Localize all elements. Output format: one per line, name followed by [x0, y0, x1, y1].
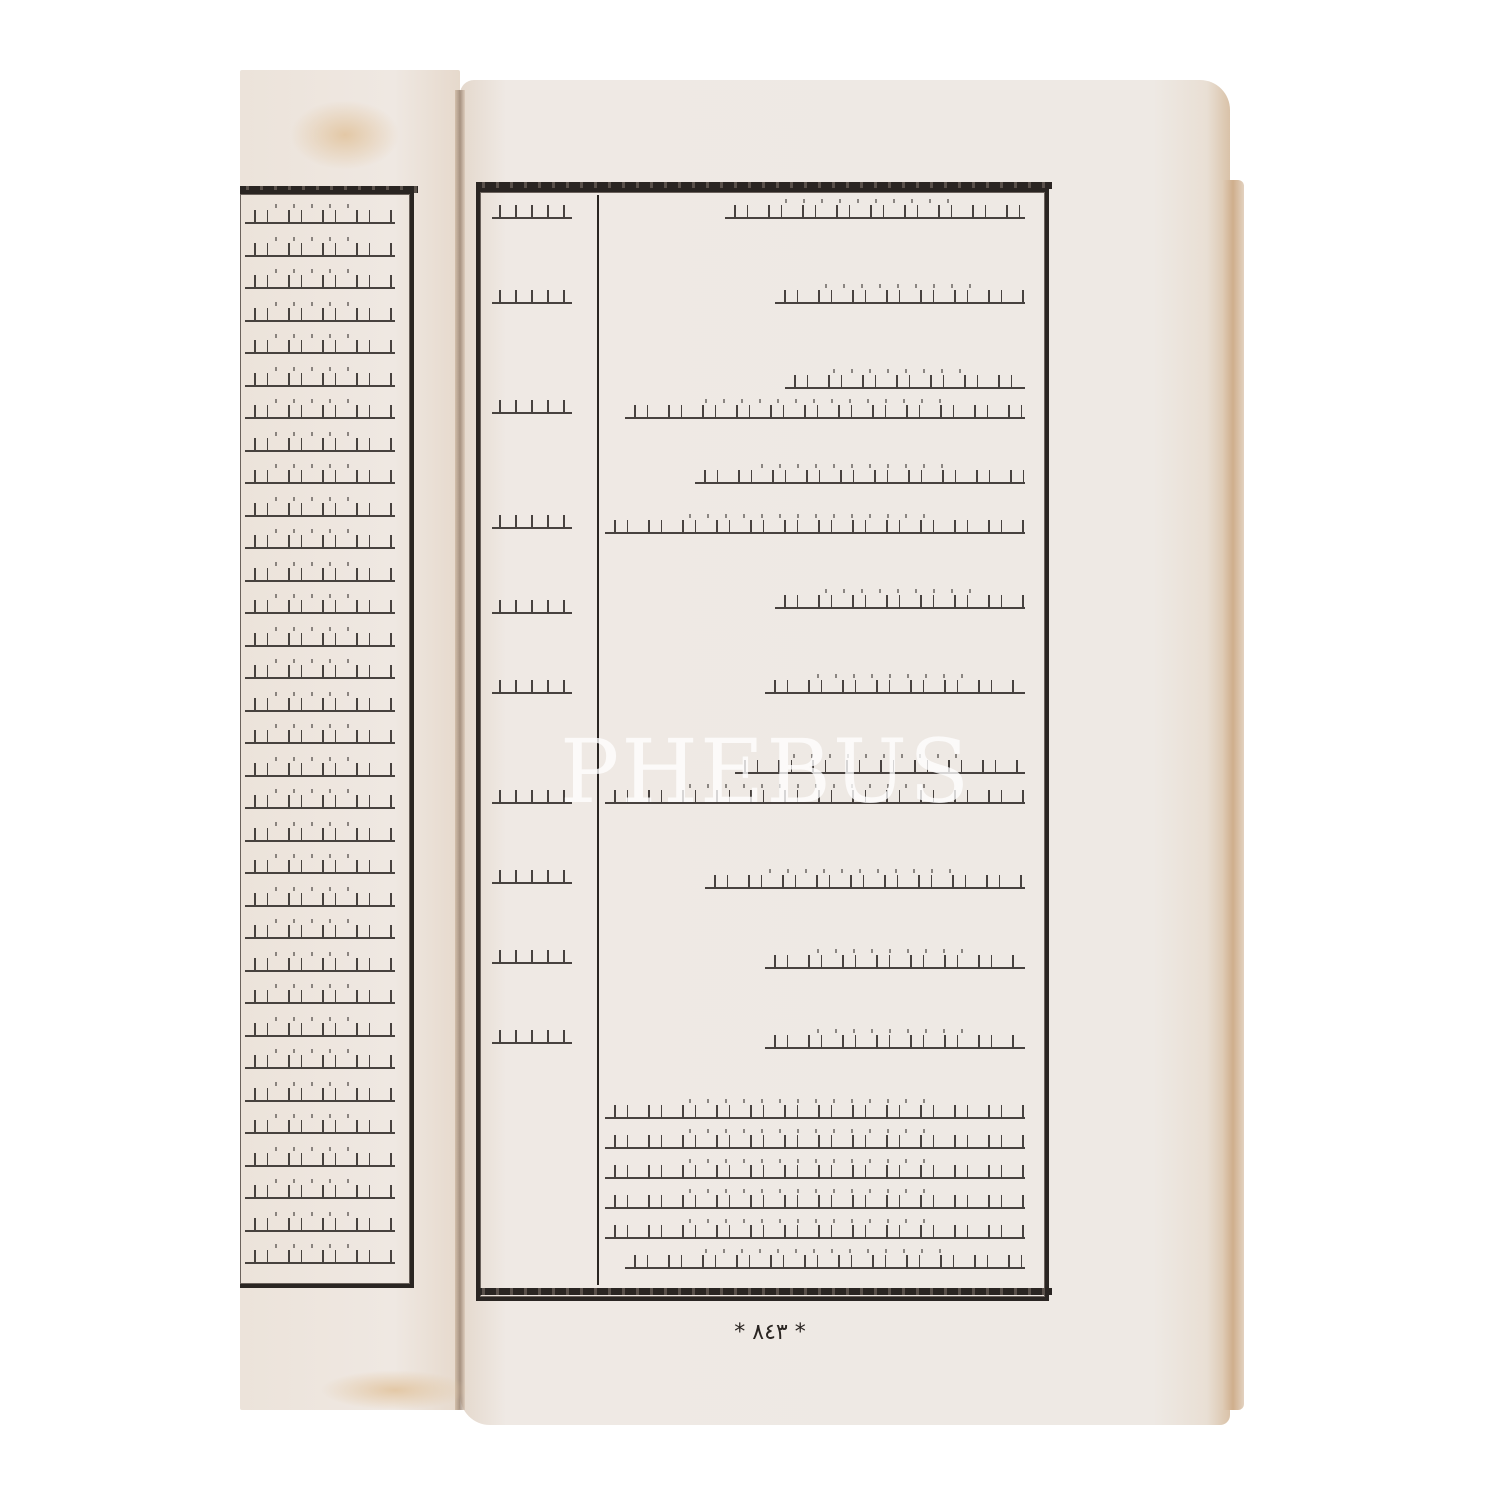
- side-label-text: [492, 1030, 572, 1044]
- script-text-line: [245, 1185, 395, 1199]
- script-text-line: [245, 633, 395, 647]
- script-text-line: [245, 1088, 395, 1102]
- script-text-line: [245, 665, 395, 679]
- script-text-line: [775, 290, 1025, 304]
- script-text-line: [245, 275, 395, 289]
- script-text-line: [695, 470, 1025, 484]
- script-text-line: [245, 698, 395, 712]
- script-text-line: [245, 990, 395, 1004]
- script-text-line: [245, 730, 395, 744]
- script-text-line: [245, 1218, 395, 1232]
- page-number: * ٨٤٣ *: [700, 1320, 840, 1345]
- script-text-line: [245, 243, 395, 257]
- script-text-line: [605, 1105, 1025, 1119]
- script-text-line: [625, 1255, 1025, 1269]
- script-text-line: [605, 1195, 1025, 1209]
- script-text-line: [245, 308, 395, 322]
- script-text-line: [785, 375, 1025, 389]
- script-text-line: [245, 438, 395, 452]
- side-label-text: [492, 870, 572, 884]
- script-text-line: [245, 763, 395, 777]
- side-label-text: [492, 600, 572, 614]
- script-text-line: [245, 535, 395, 549]
- script-text-line: [245, 958, 395, 972]
- book-fore-edge: [1222, 180, 1244, 1410]
- script-text-line: [765, 955, 1025, 969]
- script-text-line: [245, 795, 395, 809]
- script-text-line: [245, 405, 395, 419]
- script-text-line: [245, 1055, 395, 1069]
- script-text-line: [775, 595, 1025, 609]
- script-text-line: [605, 520, 1025, 534]
- script-text-line: [245, 1250, 395, 1264]
- script-text-line: [765, 680, 1025, 694]
- script-text-line: [605, 1165, 1025, 1179]
- script-text-line: [245, 503, 395, 517]
- watermark: PHEBUS: [560, 720, 960, 823]
- script-text-line: [605, 1225, 1025, 1239]
- script-text-line: [245, 893, 395, 907]
- side-label-text: [492, 400, 572, 414]
- side-label-text: [492, 515, 572, 529]
- script-text-line: [245, 600, 395, 614]
- script-text-line: [765, 1035, 1025, 1049]
- script-text-line: [245, 470, 395, 484]
- script-text-line: [245, 1120, 395, 1134]
- side-label-text: [492, 290, 572, 304]
- side-label-text: [492, 680, 572, 694]
- script-text-line: [605, 1135, 1025, 1149]
- book-gutter: [455, 90, 465, 1410]
- side-label-text: [492, 205, 572, 219]
- script-text-line: [245, 860, 395, 874]
- script-text-line: [625, 405, 1025, 419]
- script-text-line: [245, 925, 395, 939]
- script-text-line: [245, 1153, 395, 1167]
- script-text-line: [245, 568, 395, 582]
- script-text-line: [245, 210, 395, 224]
- script-text-line: [245, 340, 395, 354]
- script-text-line: [705, 875, 1025, 889]
- script-text-line: [725, 205, 1025, 219]
- paper-stain: [290, 100, 400, 170]
- script-text-line: [245, 1023, 395, 1037]
- script-text-line: [245, 373, 395, 387]
- right-frame-border-bottom: [476, 1288, 1052, 1295]
- script-text-line: [245, 828, 395, 842]
- paper-stain: [320, 1370, 470, 1410]
- side-label-text: [492, 950, 572, 964]
